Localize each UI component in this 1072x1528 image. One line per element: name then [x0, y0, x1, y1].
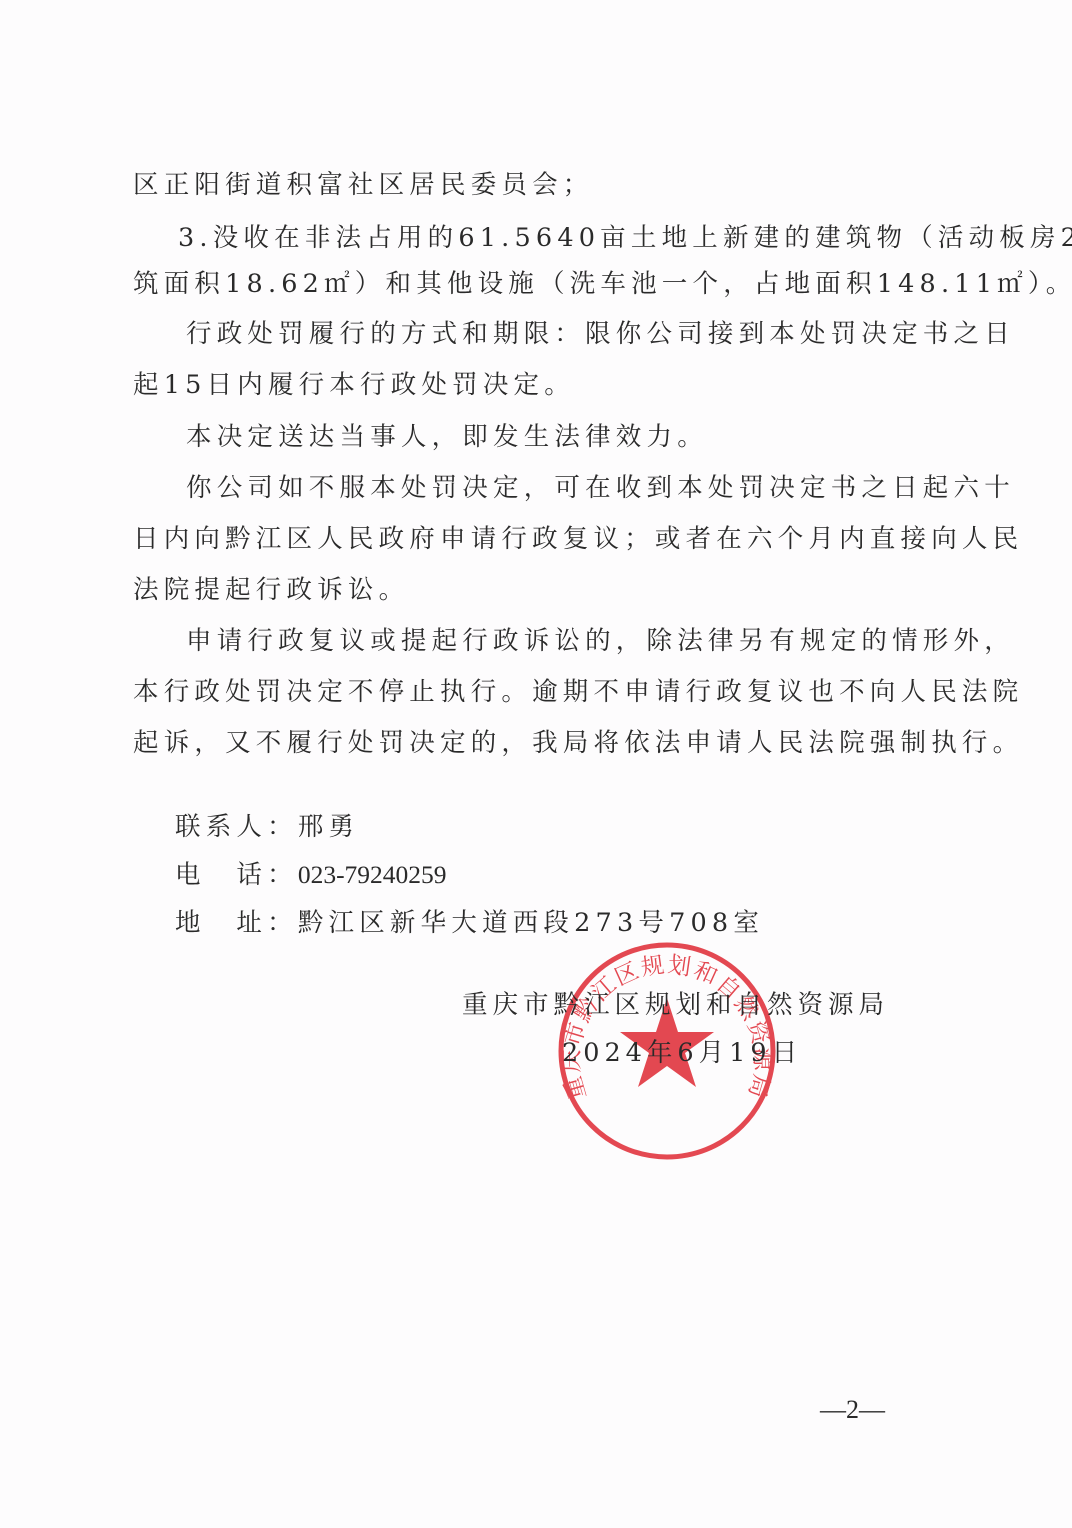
body-line-10: 申请行政复议或提起行政诉讼的，除法律另有规定的情形外，	[186, 626, 1015, 656]
body-line-1: 区正阳街道积富社区居民委员会；	[133, 170, 594, 200]
contact-phone-label: 电 话：	[175, 860, 298, 890]
body-line-4: 行政处罚履行的方式和期限：限你公司接到本处罚决定书之日	[186, 319, 1015, 349]
body-line-6: 本决定送达当事人，即发生法律效力。	[186, 422, 708, 452]
contact-address-value: 黔江区新华大道西段273号708室	[298, 908, 764, 938]
body-line-3: 筑面积18.62㎡）和其他设施（洗车池一个，占地面积148.11㎡）。	[133, 269, 1072, 299]
body-line-12: 起诉，又不履行处罚决定的，我局将依法申请人民法院强制执行。	[133, 728, 1023, 758]
contact-person-value: 邢勇	[298, 812, 359, 842]
contact-person: 联系人：邢勇	[175, 812, 359, 842]
page-number: —2—	[820, 1395, 885, 1425]
contact-address: 地 址：黔江区新华大道西段273号708室	[175, 908, 764, 938]
body-line-11: 本行政处罚决定不停止执行。逾期不申请行政复议也不向人民法院	[133, 677, 1023, 707]
body-line-5: 起15日内履行本行政处罚决定。	[133, 370, 575, 400]
body-line-9: 法院提起行政诉讼。	[133, 575, 409, 605]
signature-organization: 重庆市黔江区规划和自然资源局	[462, 990, 889, 1020]
contact-address-label: 地 址：	[175, 908, 298, 938]
signature-date: 2024年6月19日	[562, 1038, 802, 1068]
contact-phone-value: 023-79240259	[298, 860, 447, 889]
body-line-8: 日内向黔江区人民政府申请行政复议；或者在六个月内直接向人民	[133, 524, 1023, 554]
contact-person-label: 联系人：	[175, 812, 298, 842]
body-line-2: 3.没收在非法占用的61.5640亩土地上新建的建筑物（活动板房2个，建	[178, 223, 1072, 253]
contact-phone: 电 话：023-79240259	[175, 860, 447, 890]
body-line-7: 你公司如不服本处罚决定，可在收到本处罚决定书之日起六十	[186, 473, 1015, 503]
